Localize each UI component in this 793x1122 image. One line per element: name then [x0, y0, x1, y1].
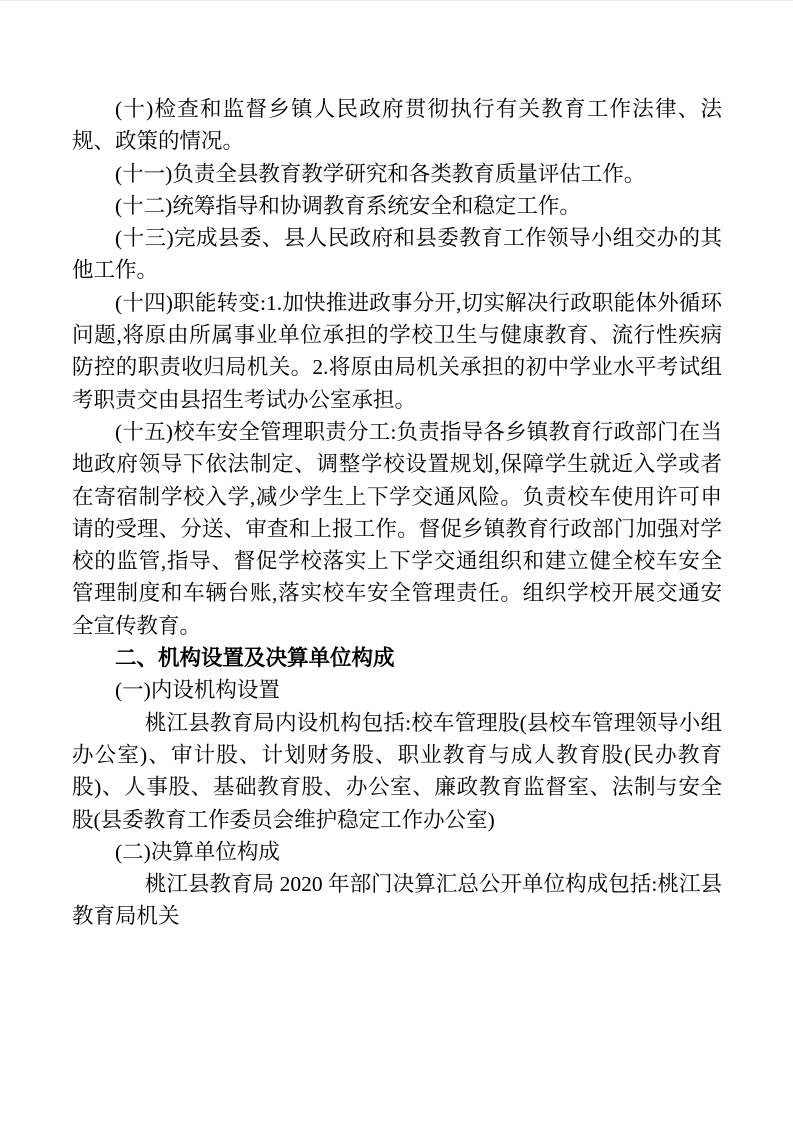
paragraph-item-12: (十二)统筹指导和协调教育系统安全和稳定工作。: [72, 190, 722, 222]
paragraph-item-15: (十五)校车安全管理职责分工:负责指导各乡镇教育行政部门在当地政府领导下依法制定…: [72, 416, 722, 642]
subsection-heading-2-1: (一)内设机构设置: [72, 674, 722, 706]
paragraph-budget-units: 桃江县教育局 2020 年部门决算汇总公开单位构成包括:桃江县教育局机关: [72, 868, 722, 933]
paragraph-item-10: (十)检查和监督乡镇人民政府贯彻执行有关教育工作法律、法规、政策的情况。: [72, 93, 722, 158]
document-page: (十)检查和监督乡镇人民政府贯彻执行有关教育工作法律、法规、政策的情况。 (十一…: [0, 0, 793, 1122]
paragraph-item-13: (十三)完成县委、县人民政府和县委教育工作领导小组交办的其他工作。: [72, 222, 722, 287]
section-heading-2: 二、机构设置及决算单位构成: [72, 642, 722, 674]
document-body: (十)检查和监督乡镇人民政府贯彻执行有关教育工作法律、法规、政策的情况。 (十一…: [72, 93, 722, 933]
paragraph-internal-organs: 桃江县教育局内设机构包括:校车管理股(县校车管理领导小组办公室)、审计股、计划财…: [72, 707, 722, 836]
paragraph-item-14: (十四)职能转变:1.加快推进政事分开,切实解决行政职能体外循环问题,将原由所属…: [72, 287, 722, 416]
subsection-heading-2-2: (二)决算单位构成: [72, 836, 722, 868]
paragraph-item-11: (十一)负责全县教育教学研究和各类教育质量评估工作。: [72, 158, 722, 190]
